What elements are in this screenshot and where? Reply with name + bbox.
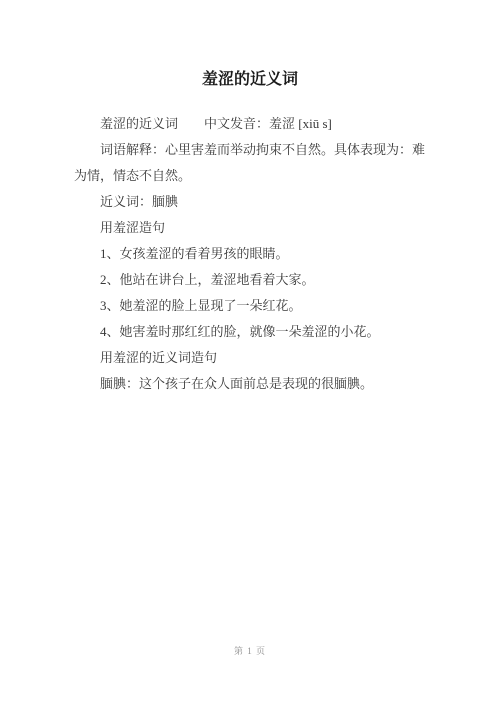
paragraph-sentence-1: 1、女孩羞涩的看着男孩的眼睛。: [74, 241, 427, 267]
document-body: 羞涩的近义词 中文发音：羞涩 [xiū s] 词语解释：心里害羞而举动拘束不自然…: [74, 111, 427, 397]
paragraph-section-heading-sentences: 用羞涩造句: [74, 215, 427, 241]
paragraph-sentence-4: 4、她害羞时那红红的脸，就像一朵羞涩的小花。: [74, 319, 427, 345]
paragraph-pronunciation: 羞涩的近义词 中文发音：羞涩 [xiū s]: [74, 111, 427, 137]
paragraph-definition: 词语解释：心里害羞而举动拘束不自然。具体表现为：难为情，情态不自然。: [74, 137, 427, 189]
paragraph-synonym-sentence: 腼腆：这个孩子在众人面前总是表现的很腼腆。: [74, 371, 427, 397]
paragraph-section-heading-synonym-sentences: 用羞涩的近义词造句: [74, 345, 427, 371]
document-title: 羞涩的近义词: [0, 0, 500, 88]
paragraph-synonym: 近义词：腼腆: [74, 189, 427, 215]
paragraph-sentence-2: 2、他站在讲台上，羞涩地看着大家。: [74, 267, 427, 293]
document-page: 羞涩的近义词 羞涩的近义词 中文发音：羞涩 [xiū s] 词语解释：心里害羞而…: [0, 0, 500, 708]
page-number: 第 1 页: [0, 644, 500, 657]
paragraph-sentence-3: 3、她羞涩的脸上显现了一朵红花。: [74, 293, 427, 319]
